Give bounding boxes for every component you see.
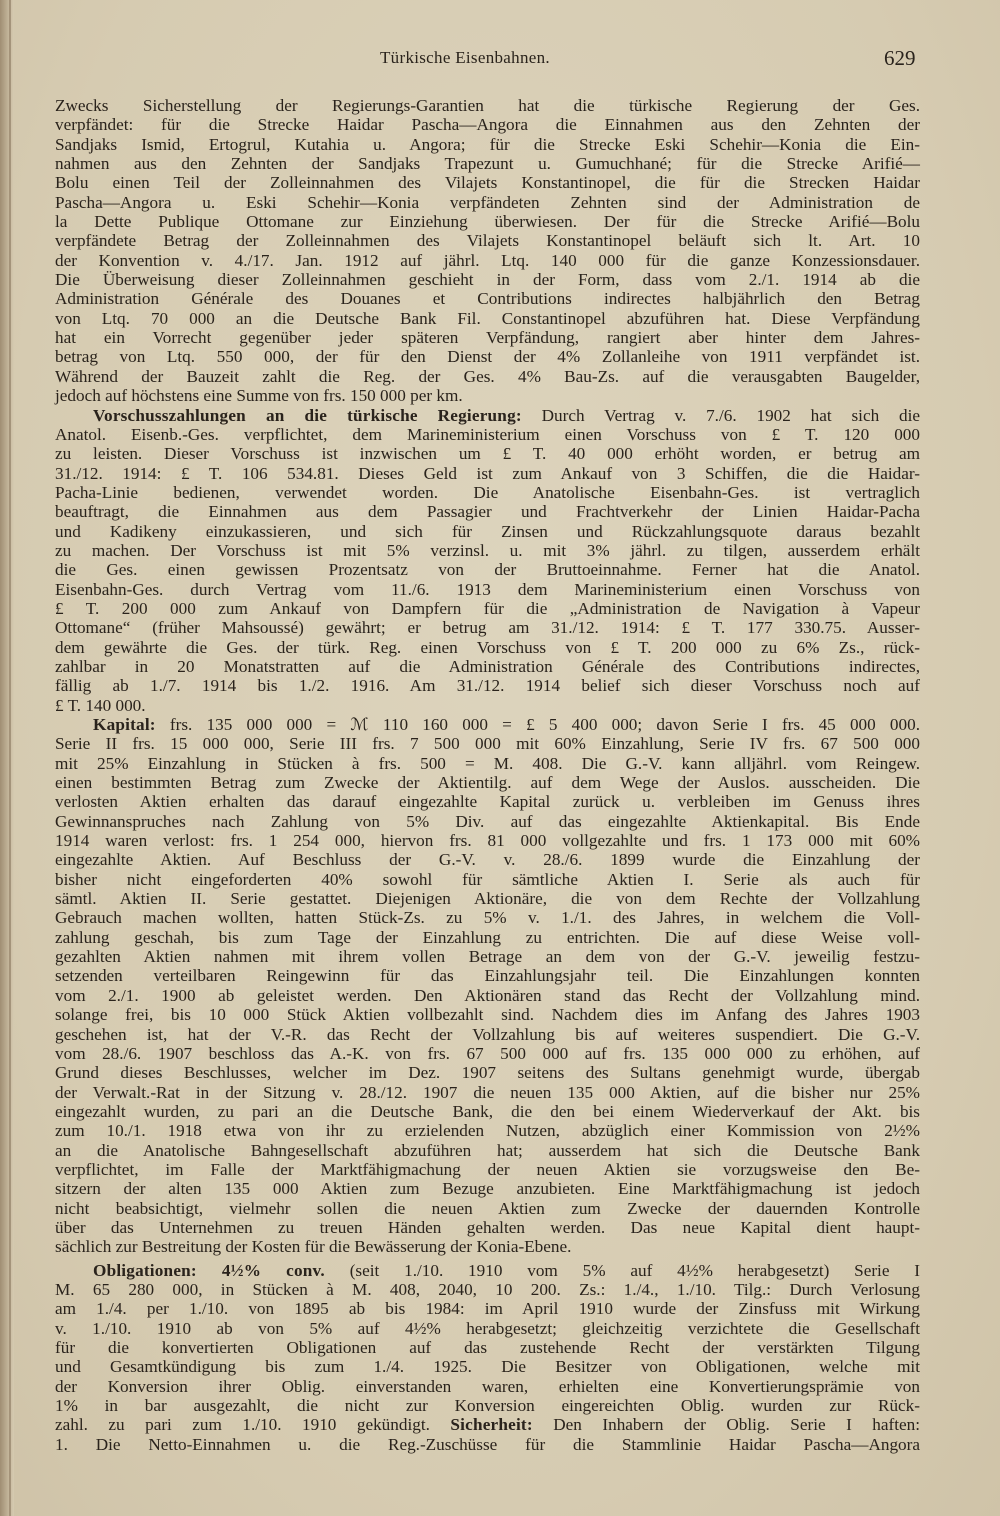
text-line: Pascha—Angora u. Eski Schehir—Konia verp…	[55, 193, 920, 212]
text-line: über das Unternehmen zu treuen Händen ge…	[55, 1218, 920, 1237]
text-line: Eisenbahn-Ges. durch Vertrag vom 11./6. …	[55, 580, 920, 599]
text-line: Zwecks Sicherstellung der Regierungs-Gar…	[55, 96, 920, 115]
section-heading-sicherheit: Sicherheit:	[450, 1415, 532, 1434]
text-line: 31./12. 1914: £ T. 106 534.81. Dieses Ge…	[55, 464, 920, 483]
text-line: beauftragt, die Einnahmen aus dem Passag…	[55, 502, 920, 521]
text-line: Gebrauch machen wollten, hatten Stück-Zs…	[55, 908, 920, 927]
running-head: Türkische Eisenbahnen. 629	[0, 48, 1000, 72]
text-line: Serie II frs. 15 000 000, Serie III frs.…	[55, 734, 920, 753]
page-body: Zwecks Sicherstellung der Regierungs-Gar…	[55, 96, 920, 1454]
text-line: Ottomane“ (früher Mahsoussé) gewährt; er…	[55, 618, 920, 637]
text-fragment: Durch Vertrag v. 7./6. 1902 hat sich die	[542, 406, 920, 425]
running-title: Türkische Eisenbahnen.	[380, 48, 550, 68]
text-line: nahmen aus den Zehnten der Sandjaks Trap…	[55, 154, 920, 173]
text-line: v. 1./10. 1910 ab von 5% auf 4½% herabge…	[55, 1319, 920, 1338]
text-line: einen bestimmten Betrag zum Zwecke der A…	[55, 773, 920, 792]
book-spine-shadow	[0, 0, 14, 1516]
text-line: sämtl. Aktien II. Serie gestattet. Dieje…	[55, 889, 920, 908]
text-line: Administration Générale des Douanes et C…	[55, 289, 920, 308]
text-line: zu machen. Der Vorschuss ist mit 5% verz…	[55, 541, 920, 560]
text-line: M. 65 280 000, in Stücken à M. 408, 2040…	[55, 1280, 920, 1299]
page-edge-line	[9, 0, 11, 1516]
text-line: zahlbar in 20 Monatstratten auf die Admi…	[55, 657, 920, 676]
text-line: Kapital: frs. 135 000 000 = ℳ 110 160 00…	[55, 715, 920, 734]
text-line: verpfändete Betrag der Zolleinnahmen des…	[55, 231, 920, 250]
text-line: vom 28./6. 1907 beschloss das A.-K. von …	[55, 1044, 920, 1063]
text-line: Pacha-Linie bedienen, verwendet worden. …	[55, 483, 920, 502]
text-line: 1914 waren verlost: frs. 1 254 000, hier…	[55, 831, 920, 850]
paragraph-garantien: Zwecks Sicherstellung der Regierungs-Gar…	[55, 96, 920, 406]
text-fragment: Den Inhabern der Oblig. Serie I haften:	[553, 1415, 920, 1434]
text-line: geschehen ist, hat der V.-R. das Recht d…	[55, 1025, 920, 1044]
text-line: sitzern der alten 135 000 Aktien zum Bez…	[55, 1179, 920, 1198]
text-line: £ T. 140 000.	[55, 696, 920, 715]
text-line: betrag von Ltq. 550 000, der für den Die…	[55, 347, 920, 366]
text-line: zum 10./1. 1918 etwa von ihr zu erzielen…	[55, 1121, 920, 1140]
text-fragment: zahl. zu pari zum 1./10. 1910 gekündigt.	[55, 1415, 430, 1434]
text-line: mit 25% Einzahlung in Stücken à frs. 500…	[55, 754, 920, 773]
text-line: Vorschusszahlungen an die türkische Regi…	[55, 406, 920, 425]
text-line: setzenden verteilbaren Reingewinn für da…	[55, 966, 920, 985]
text-line: am 1./4. per 1./10. von 1895 ab bis 1984…	[55, 1299, 920, 1318]
text-line: zu leisten. Dieser Vorschuss ist inzwisc…	[55, 444, 920, 463]
text-line: Bolu einen Teil der Zolleinnahmen des Vi…	[55, 173, 920, 192]
paragraph-kapital: Kapital: frs. 135 000 000 = ℳ 110 160 00…	[55, 715, 920, 1257]
text-line: Während der Bauzeit zahlt die Reg. der G…	[55, 367, 920, 386]
text-line: Sandjaks Ismid, Ertogrul, Kutahia u. Ang…	[55, 135, 920, 154]
text-line: Gewinnanspruches nach Zahlung von 5% Div…	[55, 812, 920, 831]
text-line: zahlung geschah, bis zum Tage der Einzah…	[55, 928, 920, 947]
text-line: und Kadikeny einzukassieren, und sich fü…	[55, 522, 920, 541]
text-line: Obligationen: 4½% conv. (seit 1./10. 191…	[55, 1261, 920, 1280]
text-line: von Ltq. 70 000 an die Deutsche Bank Fil…	[55, 309, 920, 328]
paragraph-vorschusszahlungen: Vorschusszahlungen an die türkische Regi…	[55, 406, 920, 716]
text-line: verpflichtet, im Falle der Marktfähigmac…	[55, 1160, 920, 1179]
text-line: verpfändet: für die Strecke Haidar Pasch…	[55, 115, 920, 134]
text-line: sächlich zur Bestreitung der Kosten für …	[55, 1237, 920, 1256]
text-line: 1. Die Netto-Einnahmen u. die Reg.-Zusch…	[55, 1435, 920, 1454]
section-heading-obligationen: Obligationen: 4½% conv.	[93, 1261, 325, 1280]
text-line: la Dette Publique Ottomane zur Einziehun…	[55, 212, 920, 231]
text-line: der Konvention v. 4./17. Jan. 1912 auf j…	[55, 251, 920, 270]
text-line: zahl. zu pari zum 1./10. 1910 gekündigt.…	[55, 1415, 920, 1434]
text-fragment: (seit 1./10. 1910 vom 5% auf 4½% herabge…	[350, 1261, 920, 1280]
text-line: £ T. 200 000 zum Ankauf von Dampfern für…	[55, 599, 920, 618]
text-line: für die konvertierten Obligationen auf d…	[55, 1338, 920, 1357]
paragraph-obligationen: Obligationen: 4½% conv. (seit 1./10. 191…	[55, 1261, 920, 1454]
text-line: jedoch auf höchstens eine Summe von frs.…	[55, 386, 920, 405]
section-heading-vorschusszahlungen: Vorschusszahlungen an die türkische Regi…	[93, 406, 522, 425]
text-line: solange frei, bis 10 000 Stück Aktien vo…	[55, 1005, 920, 1024]
text-line: bisher nicht eingeforderten 40% sowohl f…	[55, 870, 920, 889]
text-line: hat ein Vorrecht gegenüber jeder spätere…	[55, 328, 920, 347]
text-line: fällig ab 1./7. 1914 bis 1./2. 1916. Am …	[55, 676, 920, 695]
text-line: die Ges. einen gewissen Prozentsatz von …	[55, 560, 920, 579]
text-line: Die Überweisung dieser Zolleinnahmen ges…	[55, 270, 920, 289]
text-line: nicht beabsichtigt, vielmehr sollen die …	[55, 1199, 920, 1218]
text-line: Anatol. Eisenb.-Ges. verpflichtet, dem M…	[55, 425, 920, 444]
text-line: eingezahlte Aktien. Auf Beschluss der G.…	[55, 850, 920, 869]
text-line: eingezahlt wurden, zu pari an die Deutsc…	[55, 1102, 920, 1121]
text-line: an die Anatolische Bahngesellschaft abzu…	[55, 1141, 920, 1160]
text-line: dem gewährte die Ges. der türk. Reg. ein…	[55, 638, 920, 657]
page-number: 629	[884, 46, 916, 71]
text-line: verlosten Aktien erhalten das darauf ein…	[55, 792, 920, 811]
text-line: vom 2./1. 1900 ab geleistet werden. Den …	[55, 986, 920, 1005]
section-heading-kapital: Kapital:	[93, 715, 156, 734]
text-line: Grund dieses Beschlusses, welcher im Dez…	[55, 1063, 920, 1082]
text-line: der Verwalt.-Rat in der Sitzung v. 28./1…	[55, 1083, 920, 1102]
text-line: der Konversion ihrer Oblig. einverstande…	[55, 1377, 920, 1396]
text-line: und Gesamtkündigung bis zum 1./4. 1925. …	[55, 1357, 920, 1376]
text-line: 1% in bar ausgezahlt, die nicht zur Konv…	[55, 1396, 920, 1415]
text-fragment: frs. 135 000 000 = ℳ 110 160 000 = £ 5 4…	[170, 715, 920, 734]
text-line: gezahlten Aktien nahmen mit ihrem vollen…	[55, 947, 920, 966]
